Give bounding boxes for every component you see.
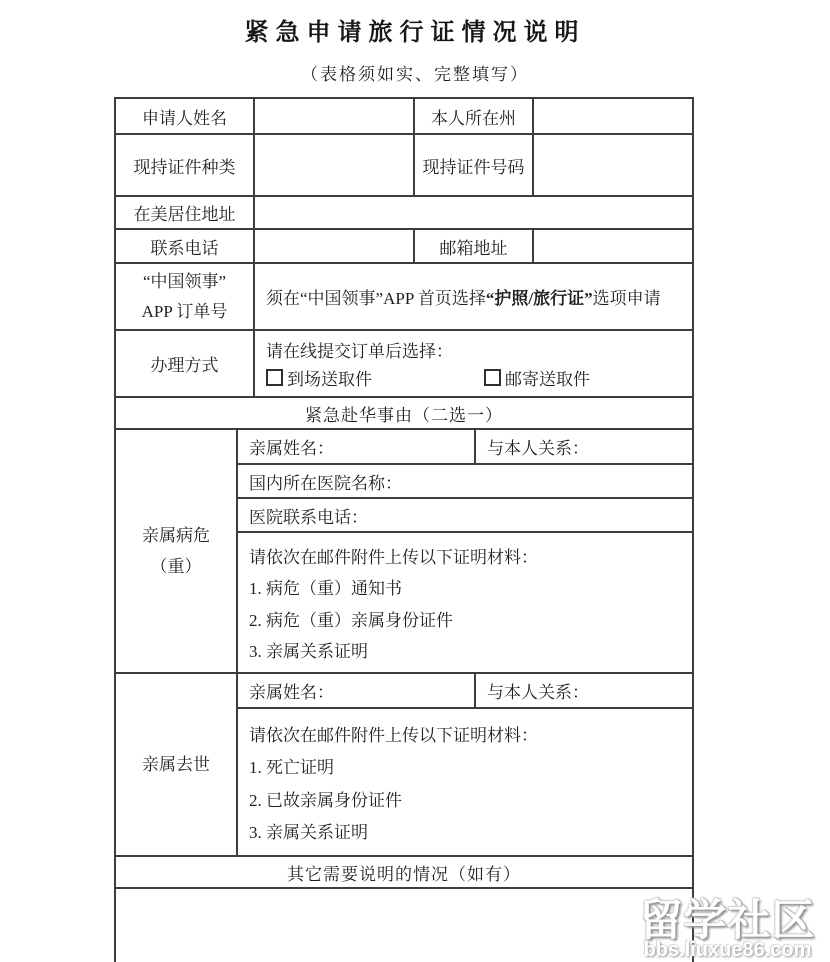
hospital-phone-label: 医院联系电话： [238, 499, 692, 531]
row-other-blank [116, 889, 692, 962]
document-page: 紧急申请旅行证情况说明 （表格须如实、完整填写） 申请人姓名 本人所在州 现持证… [0, 0, 830, 962]
state-label: 本人所在州 [415, 99, 534, 133]
processing-method-instruction: 请在线提交订单后选择： [266, 337, 692, 362]
critical-label-line2: （重） [151, 551, 202, 582]
document-number-label: 现持证件号码 [415, 135, 534, 195]
deceased-material-item: 2. 已故亲属身份证件 [249, 786, 402, 811]
deceased-relative-row: 亲属姓名： 与本人关系： [238, 674, 692, 709]
other-header: 其它需要说明的情况（如有） [116, 857, 692, 887]
critical-hospital-name-row: 国内所在医院名称： [238, 465, 692, 499]
app-order-label: “中国领事” APP 订单号 [116, 264, 255, 329]
pickup-option-label: 到场送取件 [287, 365, 372, 390]
critical-material-item: 3. 亲属关系证明 [249, 637, 368, 662]
app-order-note-suffix: 选项申请 [593, 284, 661, 309]
processing-method-choices: 到场送取件 邮寄送取件 [266, 365, 692, 390]
deceased-label: 亲属去世 [142, 749, 210, 780]
page-title: 紧急申请旅行证情况说明 [0, 12, 830, 47]
critical-materials-header: 请依次在邮件附件上传以下证明材料： [249, 543, 538, 568]
applicant-name-input-cell [255, 99, 415, 133]
critical-material-item: 1. 病危（重）通知书 [249, 574, 402, 599]
us-address-label: 在美居住地址 [116, 197, 255, 228]
critical-materials-row: 请依次在邮件附件上传以下证明材料： 1. 病危（重）通知书 2. 病危（重）亲属… [238, 533, 692, 672]
mail-option-label: 邮寄送取件 [505, 365, 590, 390]
email-input-cell [534, 230, 692, 262]
deceased-relationship-label: 与本人关系： [476, 674, 692, 707]
applicant-name-label: 申请人姓名 [116, 99, 255, 133]
row-us-address: 在美居住地址 [116, 197, 692, 230]
deceased-relative-name-label: 亲属姓名： [238, 674, 476, 707]
state-input-cell [534, 99, 692, 133]
mail-checkbox[interactable] [484, 369, 501, 386]
hospital-name-label: 国内所在医院名称： [238, 465, 692, 497]
row-current-document: 现持证件种类 现持证件号码 [116, 135, 692, 197]
critical-materials-list: 请依次在邮件附件上传以下证明材料： 1. 病危（重）通知书 2. 病危（重）亲属… [238, 533, 542, 672]
reason-header: 紧急赴华事由（二选一） [116, 398, 692, 428]
critical-relationship-label: 与本人关系： [476, 430, 692, 463]
email-label: 邮箱地址 [415, 230, 534, 262]
app-order-note-bold: “护照/旅行证” [486, 284, 593, 309]
row-applicant-name: 申请人姓名 本人所在州 [116, 99, 692, 135]
app-order-label-line2: APP 订单号 [142, 297, 228, 327]
document-type-label: 现持证件种类 [116, 135, 255, 195]
row-other-header: 其它需要说明的情况（如有） [116, 857, 692, 889]
application-form-table: 申请人姓名 本人所在州 现持证件种类 现持证件号码 在美居住地址 联系电话 邮箱… [114, 97, 694, 962]
row-processing-method: 办理方式 请在线提交订单后选择： 到场送取件 邮寄送取件 [116, 331, 692, 398]
row-app-order: “中国领事” APP 订单号 须在“中国领事”APP 首页选择 “护照/旅行证”… [116, 264, 692, 331]
row-contact: 联系电话 邮箱地址 [116, 230, 692, 264]
deceased-section-label: 亲属去世 [116, 674, 238, 855]
app-order-label-line1: “中国领事” [143, 267, 226, 297]
critical-relative-name-label: 亲属姓名： [238, 430, 476, 463]
deceased-materials-header: 请依次在邮件附件上传以下证明材料： [249, 721, 538, 746]
critical-section-body: 亲属姓名： 与本人关系： 国内所在医院名称： 医院联系电话： 请依次在邮件附件上… [238, 430, 692, 672]
section-relative-critical: 亲属病危 （重） 亲属姓名： 与本人关系： 国内所在医院名称： 医院联系电话： … [116, 430, 692, 674]
phone-label: 联系电话 [116, 230, 255, 262]
app-order-note-prefix: 须在“中国领事”APP 首页选择 [266, 284, 486, 309]
page-subtitle: （表格须如实、完整填写） [0, 60, 830, 85]
processing-method-label: 办理方式 [116, 331, 255, 396]
row-reason-header: 紧急赴华事由（二选一） [116, 398, 692, 430]
pickup-checkbox[interactable] [266, 369, 283, 386]
deceased-material-item: 1. 死亡证明 [249, 753, 334, 778]
deceased-material-item: 3. 亲属关系证明 [249, 818, 368, 843]
processing-method-options: 请在线提交订单后选择： 到场送取件 邮寄送取件 [255, 331, 692, 396]
document-number-input-cell [534, 135, 692, 195]
us-address-input-cell [255, 197, 692, 228]
critical-material-item: 2. 病危（重）亲属身份证件 [249, 606, 453, 631]
deceased-materials-list: 请依次在邮件附件上传以下证明材料： 1. 死亡证明 2. 已故亲属身份证件 3.… [238, 709, 542, 855]
critical-section-label: 亲属病危 （重） [116, 430, 238, 672]
phone-input-cell [255, 230, 415, 262]
critical-label-line1: 亲属病危 [142, 520, 210, 551]
other-input-cell [116, 889, 692, 962]
app-order-note: 须在“中国领事”APP 首页选择 “护照/旅行证” 选项申请 [255, 264, 692, 329]
critical-hospital-phone-row: 医院联系电话： [238, 499, 692, 533]
section-relative-deceased: 亲属去世 亲属姓名： 与本人关系： 请依次在邮件附件上传以下证明材料： 1. 死… [116, 674, 692, 857]
critical-relative-row: 亲属姓名： 与本人关系： [238, 430, 692, 465]
deceased-materials-row: 请依次在邮件附件上传以下证明材料： 1. 死亡证明 2. 已故亲属身份证件 3.… [238, 709, 692, 855]
deceased-section-body: 亲属姓名： 与本人关系： 请依次在邮件附件上传以下证明材料： 1. 死亡证明 2… [238, 674, 692, 855]
document-type-input-cell [255, 135, 415, 195]
